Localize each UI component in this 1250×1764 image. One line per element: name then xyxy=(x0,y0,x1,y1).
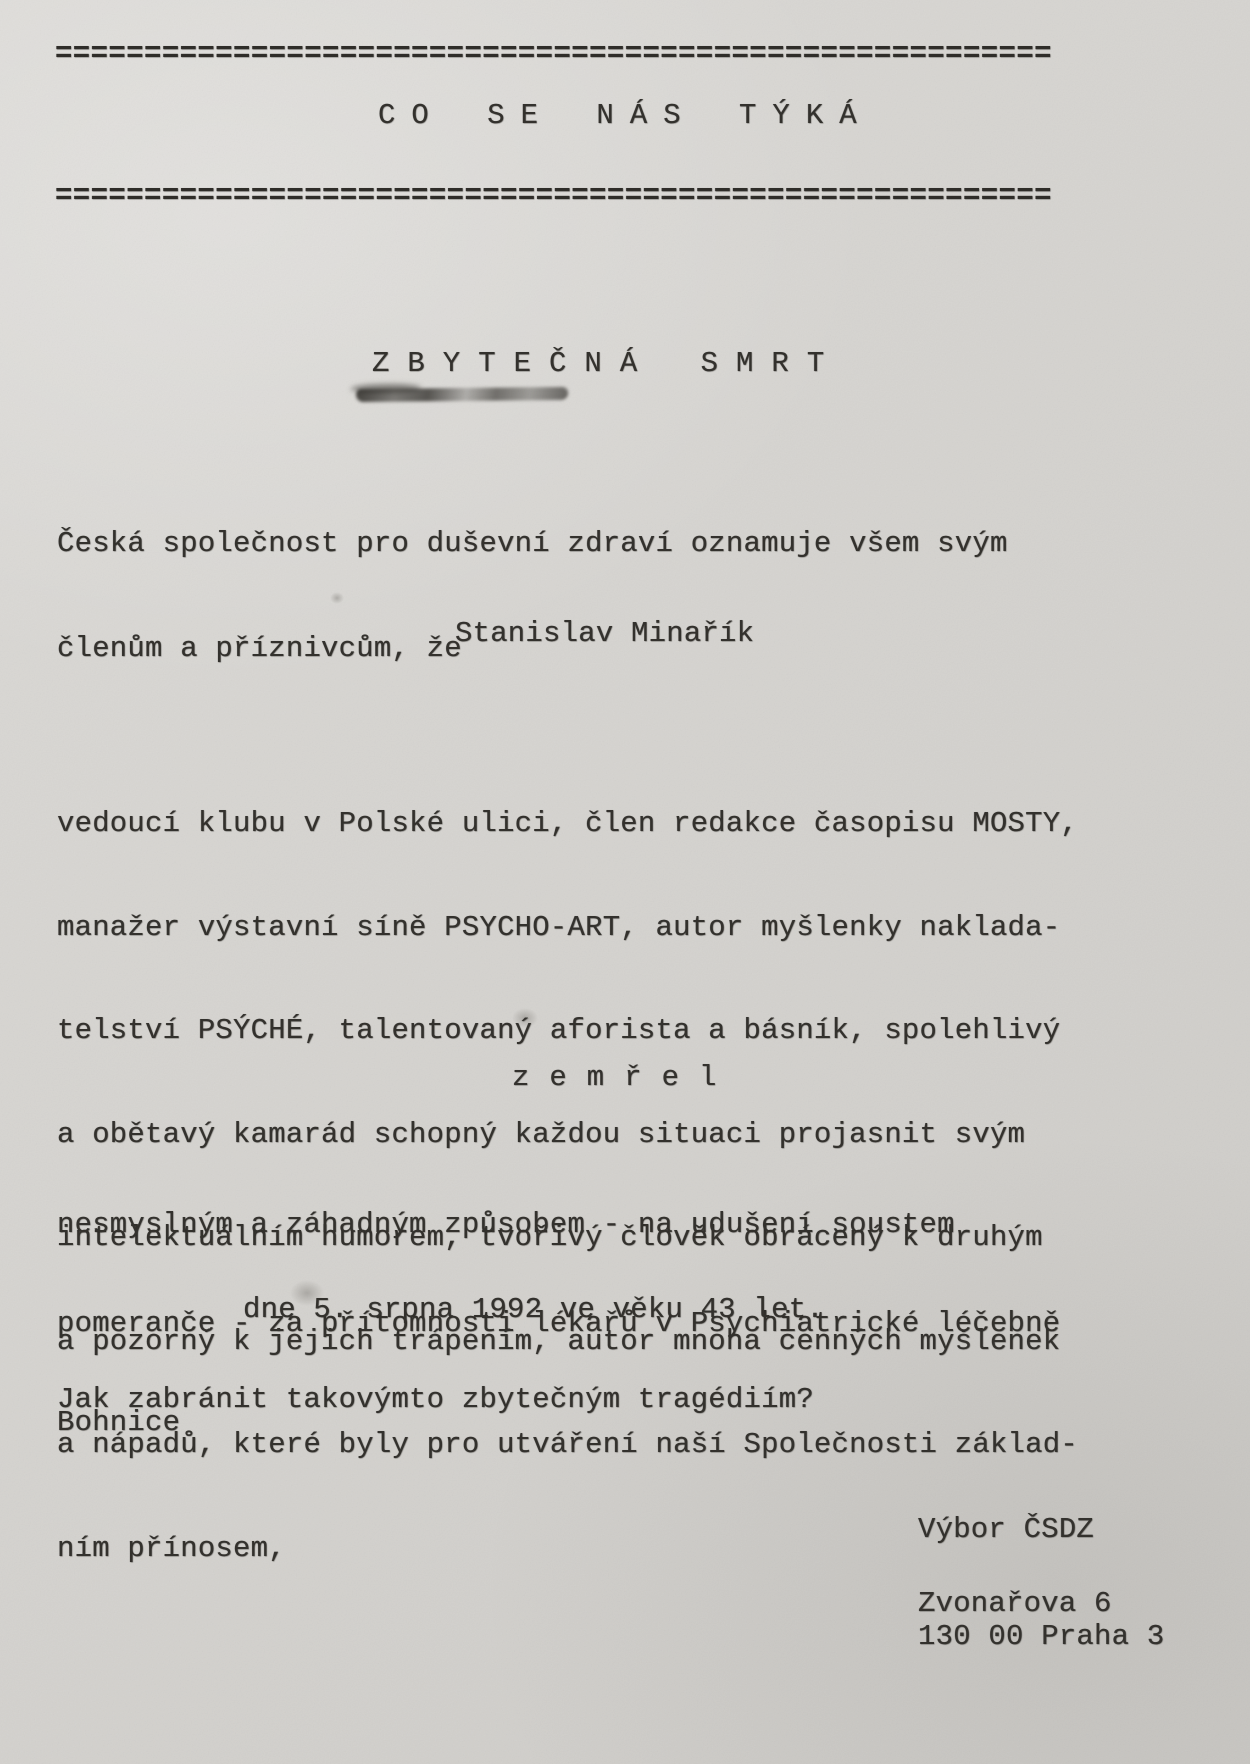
tribute-line-3: telství PSÝCHÉ, talentovaný aforista a b… xyxy=(57,1014,1078,1049)
address-city: 130 00 Praha 3 xyxy=(918,1619,1164,1654)
scanned-typewritten-page: ========================================… xyxy=(0,0,1250,1764)
address-street: Zvonařova 6 xyxy=(918,1586,1112,1621)
tribute-line-2: manažer výstavní síně PSYCHO-ART, autor … xyxy=(57,911,1078,946)
intro-paragraph: Česká společnost pro duševní zdraví ozna… xyxy=(57,456,1008,736)
circumstances-line-1: nesmyslným a záhadným způsobem - na uduš… xyxy=(57,1208,1060,1241)
page-title: CO SE NÁS TÝKÁ xyxy=(378,98,873,133)
tribute-line-1: vedoucí klubu v Polské ulici, člen redak… xyxy=(57,807,1078,842)
signature: Výbor ČSDZ xyxy=(918,1512,1094,1547)
ink-smudge xyxy=(355,387,569,402)
intro-line-1: Česká společnost pro duševní zdraví ozna… xyxy=(57,526,1008,561)
death-date-line: dne 5. srpna 1992 ve věku 43 let. xyxy=(243,1292,824,1327)
separator-top: ========================================… xyxy=(55,36,1052,71)
deceased-name: Stanislav Minařík xyxy=(455,616,754,651)
question-line: Jak zabránit takovýmto zbytečným tragédi… xyxy=(57,1382,814,1417)
died-word: zemřel xyxy=(512,1060,736,1095)
separator-bottom: ========================================… xyxy=(55,178,1052,213)
headline: ZBYTEČNÁ SMRT xyxy=(372,346,842,381)
